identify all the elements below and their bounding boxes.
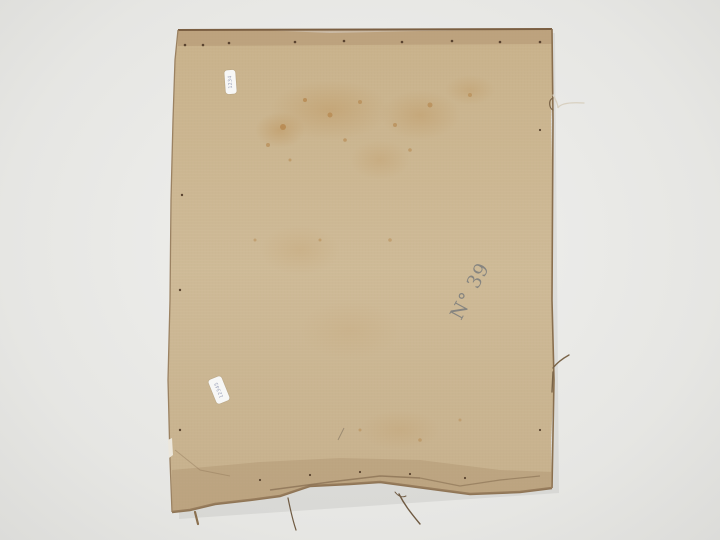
inventory-sticker-upper: 1234 [224, 70, 237, 95]
sticker-number: 12345 [213, 381, 225, 399]
canvas-back [0, 0, 720, 540]
sticker-number: 1234 [227, 75, 234, 89]
photo-scene: 1234 12345 N° 39 [0, 0, 720, 540]
